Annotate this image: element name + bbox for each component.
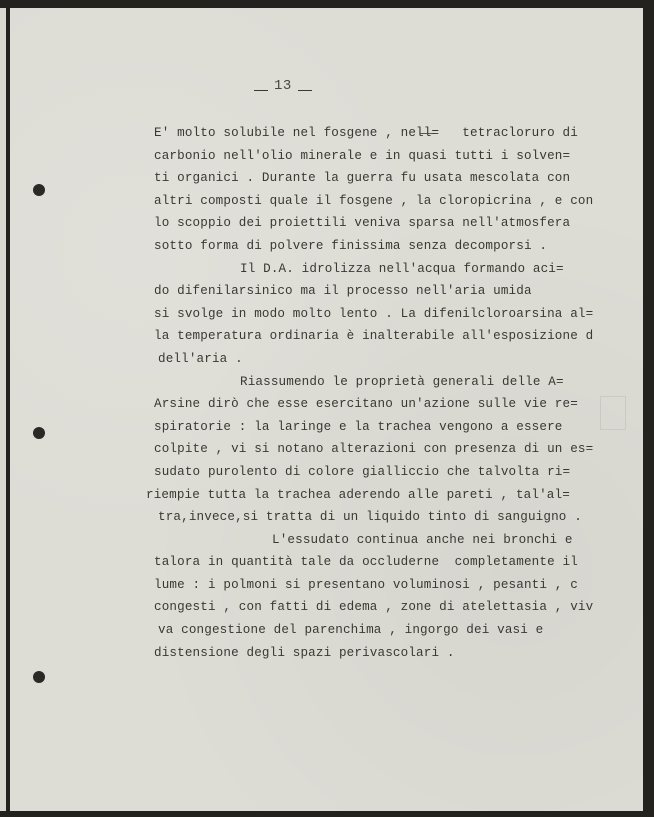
text-line: la temperatura ordinaria è inalterabile … bbox=[154, 325, 574, 348]
text-line: dell'aria . bbox=[154, 348, 574, 371]
text-line: tra,invece,si tratta di un liquido tinto… bbox=[154, 506, 574, 529]
text-line: va congestione del parenchima , ingorgo … bbox=[154, 619, 574, 642]
text-line: spiratorie : la laringe e la trachea ven… bbox=[154, 416, 574, 439]
punch-hole bbox=[33, 671, 45, 683]
text-line: ti organici . Durante la guerra fu usata… bbox=[154, 167, 574, 190]
text-line: E' molto solubile nel fosgene , nel̶l̶= … bbox=[154, 122, 574, 145]
dash-left bbox=[254, 90, 268, 91]
text-line: altri composti quale il fosgene , la clo… bbox=[154, 190, 574, 213]
text-line: lo scoppio dei proiettili veniva sparsa … bbox=[154, 212, 574, 235]
page-number-value: 13 bbox=[274, 78, 292, 94]
punch-hole bbox=[33, 427, 45, 439]
body-text: E' molto solubile nel fosgene , nel̶l̶= … bbox=[154, 122, 574, 664]
text-line: si svolge in modo molto lento . La difen… bbox=[154, 303, 574, 326]
text-line: sudato purolento di colore gialliccio ch… bbox=[154, 461, 574, 484]
text-line: sotto forma di polvere finissima senza d… bbox=[154, 235, 574, 258]
text-line: talora in quantità tale da occluderne co… bbox=[154, 551, 574, 574]
text-line: distensione degli spazi perivascolari . bbox=[154, 642, 574, 665]
text-line: do difenilarsinico ma il processo nell'a… bbox=[154, 280, 574, 303]
text-line: L'essudato continua anche nei bronchi e bbox=[154, 529, 574, 552]
text-line: congesti , con fatti di edema , zone di … bbox=[154, 596, 574, 619]
text-line: Il D.A. idrolizza nell'acqua formando ac… bbox=[154, 258, 574, 281]
punch-hole bbox=[33, 184, 45, 196]
text-line: colpite , vi si notano alterazioni con p… bbox=[154, 438, 574, 461]
page-number: 13 bbox=[0, 78, 654, 94]
text-line: Riassumendo le proprietà generali delle … bbox=[154, 371, 574, 394]
dash-right bbox=[298, 90, 312, 91]
text-line: riempie tutta la trachea aderendo alle p… bbox=[146, 484, 574, 507]
text-line: Arsine dirò che esse esercitano un'azion… bbox=[154, 393, 574, 416]
adjacent-page-edge bbox=[0, 8, 6, 811]
text-line: carbonio nell'olio minerale e in quasi t… bbox=[154, 145, 574, 168]
faint-stamp-mark bbox=[600, 396, 626, 430]
text-line: lume : i polmoni si presentano voluminos… bbox=[154, 574, 574, 597]
